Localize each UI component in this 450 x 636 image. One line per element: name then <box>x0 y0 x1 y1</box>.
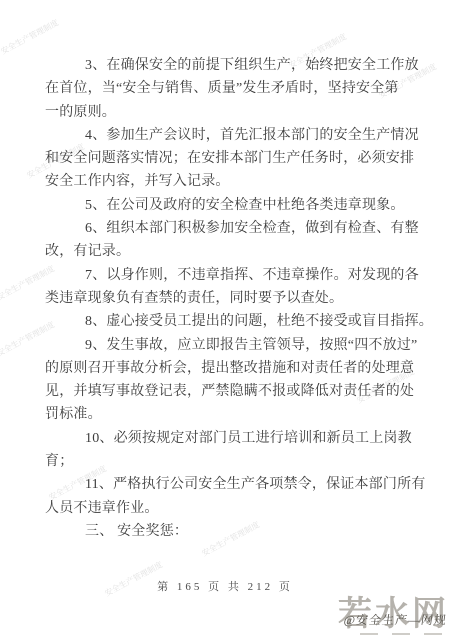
document-body: 3、在确保安全的前提下组织生产，始终把安全工作放在首位，当“安全与销售、质量”发… <box>45 54 410 543</box>
text-line: 的原则召开事故分析会，提出整改措施和对责任者的处理意 <box>45 357 410 380</box>
text-line: 改，有记录。 <box>45 240 410 263</box>
text-line: 5、在公司及政府的安全检查中杜绝各类违章现象。 <box>45 194 410 217</box>
text-line: 见，并填写事故登记表，严禁隐瞒不报或降低对责任者的处 <box>45 380 410 403</box>
text-line: 6、组织本部门积极参加安全检查，做到有检查、有整 <box>45 217 410 240</box>
text-line: 在首位，当“安全与销售、质量”发生矛盾时，坚持安全第 <box>45 77 410 100</box>
text-line: 4、参加生产会议时，首先汇报本部门的安全生产情况 <box>45 124 410 147</box>
text-line: 人员不违章作业。 <box>45 497 410 520</box>
logo-overlay-text: @安全生产—网规 <box>343 611 448 628</box>
text-line: 11、严格执行公司安全生产各项禁令，保证本部门所有 <box>45 473 410 496</box>
text-line: 9、发生事故，应立即报告主管领导，按照“四不放过” <box>45 334 410 357</box>
logo-underline-marks <box>360 633 442 635</box>
text-line: 8、虚心接受员工提出的问题，杜绝不接受或盲目指挥。 <box>45 310 410 333</box>
text-line: 7、以身作则，不违章指挥、不违章操作。对发现的各 <box>45 264 410 287</box>
diagonal-watermark: 安全生产管理制度 <box>0 17 61 57</box>
page-number-indicator: 第 165 页 共 212 页 <box>0 578 450 594</box>
document-page: 安全生产管理制度 安全生产管理制度 安全生产管理制度 安全生产管理制度 安全生产… <box>0 0 450 636</box>
text-line: 三、 安全奖惩： <box>45 520 410 543</box>
text-line: 育； <box>45 450 410 473</box>
text-line: 罚标准。 <box>45 403 410 426</box>
text-line: 和安全问题落实情况；在安排本部门生产任务时，必须安排 <box>45 147 410 170</box>
text-line: 安全工作内容，并写入记录。 <box>45 170 410 193</box>
text-line: 10、必须按规定对部门员工进行培训和新员工上岗教 <box>45 427 410 450</box>
text-line: 3、在确保安全的前提下组织生产，始终把安全工作放 <box>45 54 410 77</box>
text-line: 类违章现象负有查禁的责任，同时要予以查处。 <box>45 287 410 310</box>
text-line: 一的原则。 <box>45 101 410 124</box>
